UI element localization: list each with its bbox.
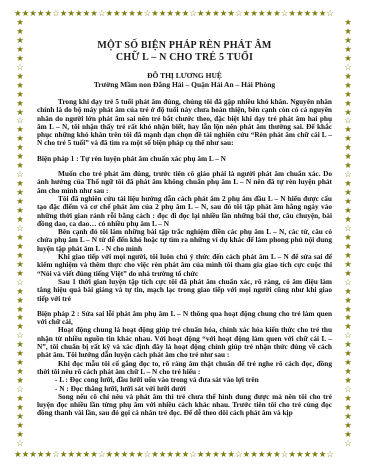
paragraph-method1-c: Bên cạnh đó tôi làm những bài tập trắc n…	[37, 228, 332, 253]
article-content: MỘT SỐ BIỆN PHÁP RÈN PHÁT ÂM CHỮ L – N C…	[37, 40, 332, 418]
page-title: MỘT SỐ BIỆN PHÁP RÈN PHÁT ÂM CHỮ L – N C…	[37, 40, 332, 64]
heading-method-1: Biện pháp 1 : Tự rèn luyện phát âm chuẩn…	[37, 155, 332, 163]
author-name: ĐỖ THỊ LƯƠNG HUỆ	[37, 71, 332, 80]
star-border-left: ★ ★ ★ ★ ★ ☆ ★ ★ ★ ★ ★ ☆ ★ ★ ★ ★ ★ ☆ ★ ★ …	[15, 19, 25, 451]
title-line-2: CHỮ L – N CHO TRẺ 5 TUỔI	[37, 52, 332, 64]
paragraph-method1-b: Tôi đã nghiên cứu tài liệu hướng dẫn các…	[37, 195, 332, 228]
title-line-1: MỘT SỐ BIỆN PHÁP RÈN PHÁT ÂM	[37, 40, 332, 52]
paragraph-method1-d: Khi giao tiếp với mọi người, tôi luôn ch…	[37, 253, 332, 278]
star-border-right: ★ ★ ★ ★ ★ ☆ ★ ★ ★ ★ ★ ☆ ★ ★ ★ ★ ★ ☆ ★ ★ …	[343, 19, 353, 451]
paragraph-method2-b: Khi đọc mẫu tôi cố gắng đọc to, rõ ràng …	[37, 360, 332, 377]
heading-method-2: Biện pháp 2 : Sửa sai lỗi phát âm phụ âm…	[37, 310, 332, 327]
star-border-top: ★★★★★☆★★★★★☆★★★★★☆★★★★★☆★★★★★☆★★★★★☆★★★★…	[14, 10, 354, 20]
paragraph-method1-e: Sau 1 thời gian luyện tập tích cực tôi đ…	[37, 278, 332, 303]
paragraph-method1-a: Muốn cho trẻ phát âm đúng, trước tiên cô…	[37, 170, 332, 195]
paragraph-method2-a: Hoạt động chung là hoạt động giúp trẻ ch…	[37, 326, 332, 359]
star-border-bottom: ★★★★★☆★★★★★☆★★★★★☆★★★★★☆★★★★★☆★★★★★☆★★★★…	[14, 451, 354, 461]
paragraph-method2-c: Song nếu cô chỉ nêu và phát âm thì trẻ c…	[37, 393, 332, 418]
author-affiliation: Trường Mầm non Đằng Hải – Quận Hải An – …	[37, 80, 332, 89]
paragraph-intro: Trong khi dạy trẻ 5 tuổi phát âm đúng, c…	[37, 98, 332, 148]
document-page: ★★★★★☆★★★★★☆★★★★★☆★★★★★☆★★★★★☆★★★★★☆★★★★…	[0, 0, 366, 473]
